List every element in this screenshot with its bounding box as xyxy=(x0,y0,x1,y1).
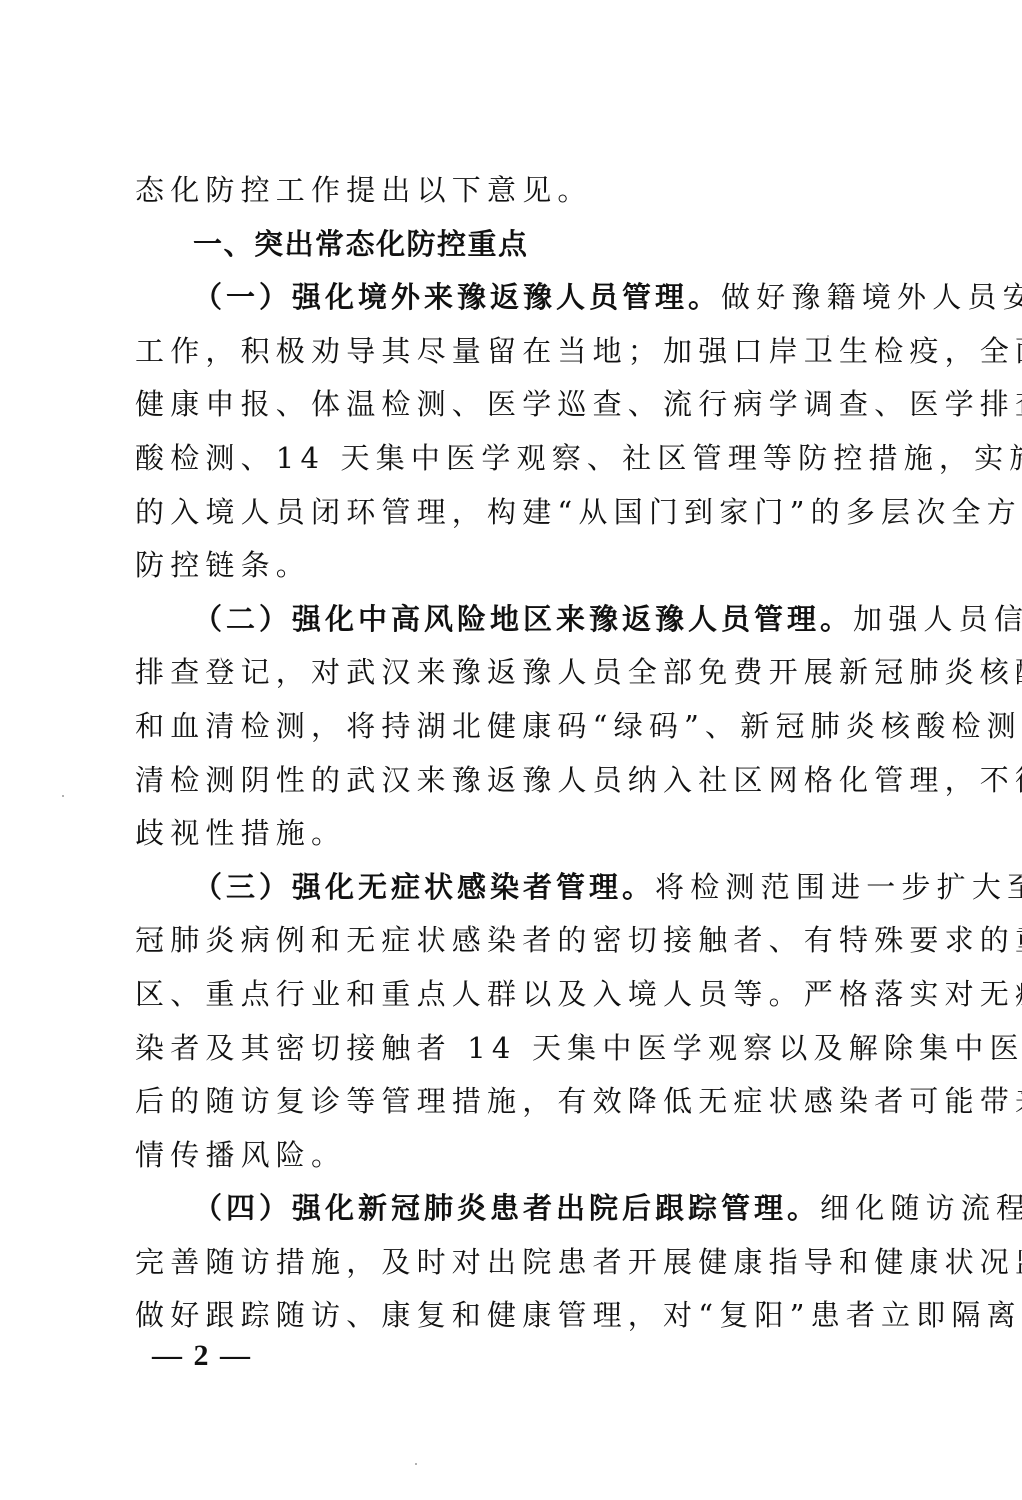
body-line: 工作，积极劝导其尽量留在当地；加强口岸卫生检疫，全面落实 xyxy=(135,325,917,379)
paragraph-lead-heading: （三）强化无症状感染者管理。 xyxy=(193,870,655,904)
body-line: 排查登记，对武汉来豫返豫人员全部免费开展新冠肺炎核酸检测 xyxy=(135,646,917,700)
paragraph-text: 加强人员信息 xyxy=(853,602,1022,636)
scan-speck xyxy=(827,335,829,337)
paragraph-start-line: （三）强化无症状感染者管理。将检测范围进一步扩大至新 xyxy=(135,861,917,915)
body-line: 完善随访措施，及时对出院患者开展健康指导和健康状况监测， xyxy=(135,1236,917,1290)
paragraph-start-line: （四）强化新冠肺炎患者出院后跟踪管理。细化随访流程和 xyxy=(135,1182,917,1236)
scan-speck xyxy=(62,795,64,797)
paragraph-lead-heading: （四）强化新冠肺炎患者出院后跟踪管理。 xyxy=(193,1191,820,1225)
body-line: 态化防控工作提出以下意见。 xyxy=(135,164,917,218)
paragraph-start-line: （二）强化中高风险地区来豫返豫人员管理。加强人员信息 xyxy=(135,593,917,647)
body-line: 歧视性措施。 xyxy=(135,807,917,861)
body-line: 做好跟踪随访、康复和健康管理，对“复阳”患者立即隔离治 xyxy=(135,1289,917,1343)
paragraph-lead-heading: （一）强化境外来豫返豫人员管理。 xyxy=(193,280,721,314)
body-line: 的入境人员闭环管理，构建“从国门到家门”的多层次全方位 xyxy=(135,486,917,540)
paragraph-lead-heading: （二）强化中高风险地区来豫返豫人员管理。 xyxy=(193,602,853,636)
scan-speck xyxy=(415,1463,417,1465)
body-line: 后的随访复诊等管理措施，有效降低无症状感染者可能带来的疫 xyxy=(135,1075,917,1129)
paragraph-text: 将检测范围进一步扩大至新 xyxy=(655,870,1022,904)
body-line: 区、重点行业和重点人群以及入境人员等。严格落实对无症状感 xyxy=(135,968,917,1022)
paragraph-text: 做好豫籍境外人员安抚 xyxy=(721,280,1022,314)
body-line: 和血清检测，将持湖北健康码“绿码”、新冠肺炎核酸检测和血 xyxy=(135,700,917,754)
body-line: 酸检测、14 天集中医学观察、社区管理等防控措施，实施严格 xyxy=(135,432,917,486)
body-line: 健康申报、体温检测、医学巡查、流行病学调查、医学排查、核 xyxy=(135,378,917,432)
body-line: 染者及其密切接触者 14 天集中医学观察以及解除集中医学观察 xyxy=(135,1022,917,1076)
paragraph-start-line: （一）强化境外来豫返豫人员管理。做好豫籍境外人员安抚 xyxy=(135,271,917,325)
paragraph-text: 细化随访流程和 xyxy=(820,1191,1022,1225)
section-heading: 一、突出常态化防控重点 xyxy=(135,218,917,272)
body-line: 防控链条。 xyxy=(135,539,917,593)
page-number: — 2 — xyxy=(152,1339,252,1373)
body-line: 情传播风险。 xyxy=(135,1129,917,1183)
document-page: 态化防控工作提出以下意见。 一、突出常态化防控重点 （一）强化境外来豫返豫人员管… xyxy=(135,164,917,1343)
body-line: 清检测阴性的武汉来豫返豫人员纳入社区网格化管理，不得采取 xyxy=(135,754,917,808)
body-line: 冠肺炎病例和无症状感染者的密切接触者、有特殊要求的重点地 xyxy=(135,914,917,968)
